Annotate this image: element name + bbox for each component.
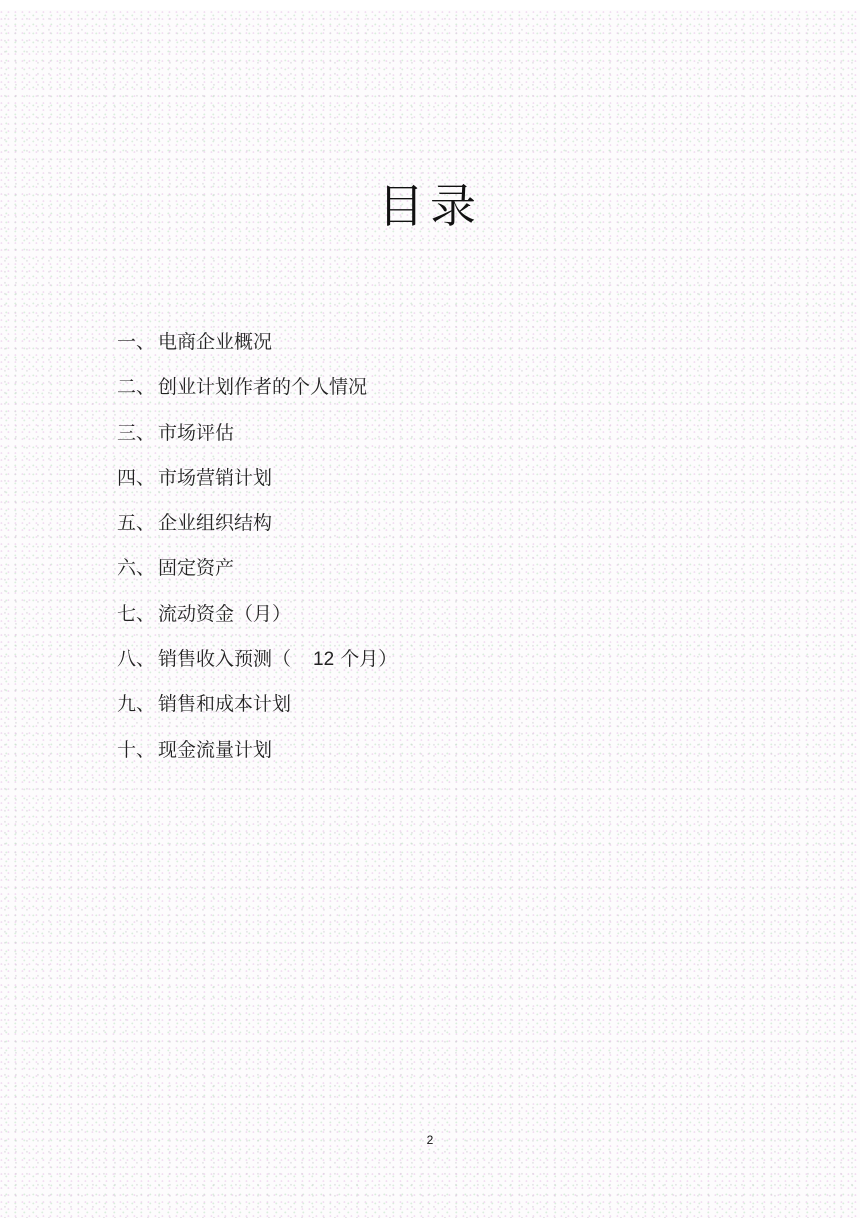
toc-text: 企业组织结构 (158, 512, 272, 534)
toc-text: 市场评估 (158, 422, 234, 444)
page-number: 2 (0, 1133, 860, 1147)
toc-item-10: 十、现金流量计划 (117, 734, 397, 779)
toc-number: 二 (117, 371, 136, 403)
toc-separator: 、 (136, 371, 158, 403)
toc-text-number: 12 (313, 649, 334, 670)
toc-number: 六 (117, 552, 136, 584)
toc-text: 固定资产 (158, 557, 234, 579)
toc-text: 销售和成本计划 (158, 693, 291, 715)
toc-number: 一 (117, 326, 136, 358)
toc-number: 三 (117, 417, 136, 449)
toc-item-8: 八、销售收入预测（12 个月） (117, 643, 397, 688)
toc-separator: 、 (136, 643, 158, 675)
toc-separator: 、 (136, 462, 158, 494)
toc-item-1: 一、电商企业概况 (117, 326, 397, 371)
toc-number: 五 (117, 507, 136, 539)
toc-text: 现金流量计划 (158, 739, 272, 761)
toc-text: 销售收入预测（ (158, 648, 291, 670)
toc-separator: 、 (136, 734, 158, 766)
toc-separator: 、 (136, 688, 158, 720)
table-of-contents: 一、电商企业概况 二、创业计划作者的个人情况 三、市场评估 四、市场营销计划 五… (117, 326, 397, 779)
toc-item-4: 四、市场营销计划 (117, 462, 397, 507)
toc-item-7: 七、流动资金（月） (117, 598, 397, 643)
toc-number: 九 (117, 688, 136, 720)
toc-separator: 、 (136, 598, 158, 630)
toc-separator: 、 (136, 417, 158, 449)
toc-number: 十 (117, 734, 136, 766)
toc-text-suffix: 个月） (334, 648, 397, 670)
toc-item-9: 九、销售和成本计划 (117, 688, 397, 733)
toc-separator: 、 (136, 326, 158, 358)
toc-item-6: 六、固定资产 (117, 552, 397, 597)
toc-text: 流动资金（月） (158, 603, 291, 625)
toc-number: 四 (117, 462, 136, 494)
toc-item-2: 二、创业计划作者的个人情况 (117, 371, 397, 416)
toc-item-3: 三、市场评估 (117, 417, 397, 462)
toc-text: 创业计划作者的个人情况 (158, 376, 367, 398)
document-page: 目录 一、电商企业概况 二、创业计划作者的个人情况 三、市场评估 四、市场营销计… (0, 10, 860, 1218)
toc-number: 七 (117, 598, 136, 630)
toc-item-5: 五、企业组织结构 (117, 507, 397, 552)
toc-separator: 、 (136, 552, 158, 584)
toc-text: 电商企业概况 (158, 331, 272, 353)
page-title: 目录 (0, 170, 860, 236)
toc-number: 八 (117, 643, 136, 675)
toc-separator: 、 (136, 507, 158, 539)
toc-text: 市场营销计划 (158, 467, 272, 489)
